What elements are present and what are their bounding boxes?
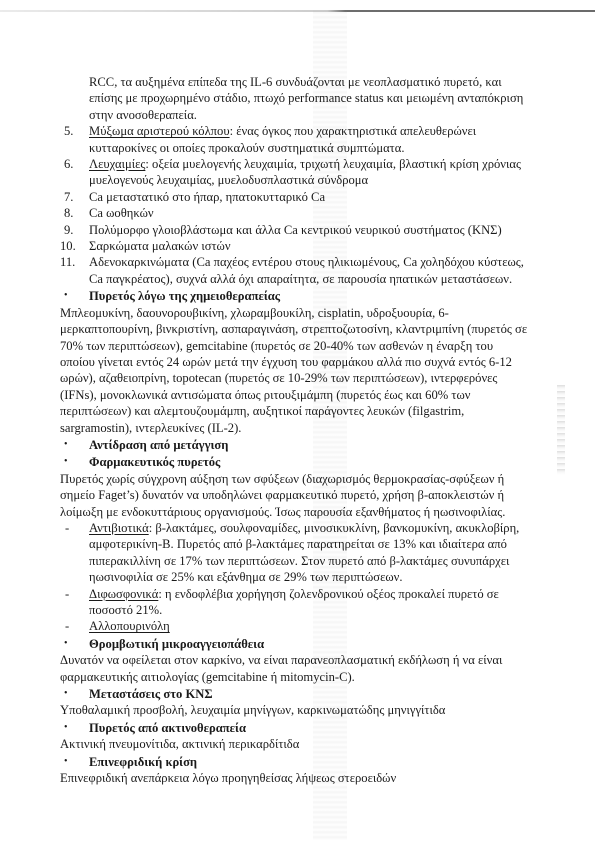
section-heading-transfusion: • Αντίδραση από μετάγγιση	[60, 437, 530, 453]
scan-edge-artifact	[0, 10, 595, 12]
heading-text: Φαρμακευτικός πυρετός	[89, 455, 220, 469]
list-item: 5. Μύξωμα αριστερού κόλπου: ένας όγκος π…	[60, 123, 530, 156]
dash-item: - Αντιβιοτικά: β-λακτάμες, σουλφοναμίδες…	[60, 520, 530, 586]
list-item: 10. Σαρκώματα μαλακών ιστών	[60, 238, 530, 254]
list-item: 6. Λευχαιμίες: οξεία μυελογενής λευχαιμί…	[60, 156, 530, 189]
section-heading-radiation: • Πυρετός από ακτινοθεραπεία	[60, 720, 530, 736]
section-heading-drug-fever: • Φαρμακευτικός πυρετός	[60, 454, 530, 470]
list-item: 11. Αδενοκαρκινώματα (Ca παχέος εντέρου …	[60, 254, 530, 287]
section-body-adrenal: Επινεφριδική ανεπάρκεια λόγω προηγηθείσα…	[60, 770, 530, 786]
dash-mark: -	[65, 586, 69, 602]
list-item: 9. Πολύμορφο γλοιοβλάστωμα και άλλα Ca κ…	[60, 222, 530, 238]
list-text: : οξεία μυελογενής λευχαιμία, τριχωτή λε…	[89, 157, 521, 187]
list-item: 7. Ca μεταστατικό στο ήπαρ, ηπατοκυτταρι…	[60, 189, 530, 205]
scan-margin-artifact	[557, 385, 565, 475]
dash-item: - Διφωσφονικά: η ενδοφλέβια χορήγηση ζολ…	[60, 586, 530, 619]
section-heading-cns: • Μεταστάσεις στο ΚΝΣ	[60, 686, 530, 702]
list-number: 6.	[64, 156, 73, 172]
dash-text: : β-λακτάμες, σουλφοναμίδες, μινοσικυκλί…	[89, 521, 519, 584]
bullet-icon: •	[64, 454, 68, 470]
section-heading-tma: • Θρομβωτική μικροαγγειοπάθεια	[60, 636, 530, 652]
list-text: Αδενοκαρκινώματα (Ca παχέος εντέρου στου…	[89, 255, 524, 285]
section-body-tma: Δυνατόν να οφείλεται στον καρκίνο, να εί…	[60, 652, 530, 685]
dash-term: Αντιβιοτικά	[89, 521, 149, 535]
list-number: 10.	[60, 238, 76, 254]
dash-term: Αλλοπουρινόλη	[89, 619, 170, 633]
heading-text: Πυρετός λόγω της χημειοθεραπείας	[89, 289, 280, 303]
section-body-chemo: Μπλεομυκίνη, δαουνορουβικίνη, χλωραμβουκ…	[60, 305, 530, 436]
list-item: 8. Ca ωοθηκών	[60, 205, 530, 221]
heading-text: Αντίδραση από μετάγγιση	[89, 438, 228, 452]
list-term: Μύξωμα αριστερού κόλπου	[89, 124, 230, 138]
list-number: 8.	[64, 205, 73, 221]
section-body-drug-fever: Πυρετός χωρίς σύγχρονη αύξηση των σφύξεω…	[60, 471, 530, 520]
bullet-icon: •	[64, 720, 68, 736]
bullet-icon: •	[64, 686, 68, 702]
section-body-radiation: Ακτινική πνευμονίτιδα, ακτινική περικαρδ…	[60, 736, 530, 752]
dash-term: Διφωσφονικά	[89, 587, 158, 601]
bullet-icon: •	[64, 636, 68, 652]
dash-item: - Αλλοπουρινόλη	[60, 618, 530, 634]
list-number: 11.	[60, 254, 75, 270]
dash-mark: -	[65, 520, 69, 536]
dash-mark: -	[65, 618, 69, 634]
section-heading-chemo: • Πυρετός λόγω της χημειοθεραπείας	[60, 288, 530, 304]
heading-text: Επινεφριδική κρίση	[89, 755, 197, 769]
list-term: Λευχαιμίες	[89, 157, 145, 171]
list-text: Ca μεταστατικό στο ήπαρ, ηπατοκυτταρικό …	[89, 190, 325, 204]
bullet-icon: •	[64, 288, 68, 304]
continuation-paragraph: RCC, τα αυξημένα επίπεδα της IL-6 συνδυά…	[60, 74, 530, 123]
list-text: Πολύμορφο γλοιοβλάστωμα και άλλα Ca κεντ…	[89, 223, 502, 237]
list-number: 9.	[64, 222, 73, 238]
heading-text: Πυρετός από ακτινοθεραπεία	[89, 721, 246, 735]
bullet-icon: •	[64, 754, 68, 770]
heading-text: Μεταστάσεις στο ΚΝΣ	[89, 687, 213, 701]
list-number: 7.	[64, 189, 73, 205]
list-text: Σαρκώματα μαλακών ιστών	[89, 239, 231, 253]
bullet-icon: •	[64, 437, 68, 453]
section-heading-adrenal: • Επινεφριδική κρίση	[60, 754, 530, 770]
list-text: Ca ωοθηκών	[89, 206, 154, 220]
list-number: 5.	[64, 123, 73, 139]
heading-text: Θρομβωτική μικροαγγειοπάθεια	[89, 637, 264, 651]
document-page: RCC, τα αυξημένα επίπεδα της IL-6 συνδυά…	[60, 74, 530, 786]
numbered-list: 5. Μύξωμα αριστερού κόλπου: ένας όγκος π…	[60, 123, 530, 287]
section-body-cns: Υποθαλαμική προσβολή, λευχαιμία μηνίγγων…	[60, 702, 530, 718]
